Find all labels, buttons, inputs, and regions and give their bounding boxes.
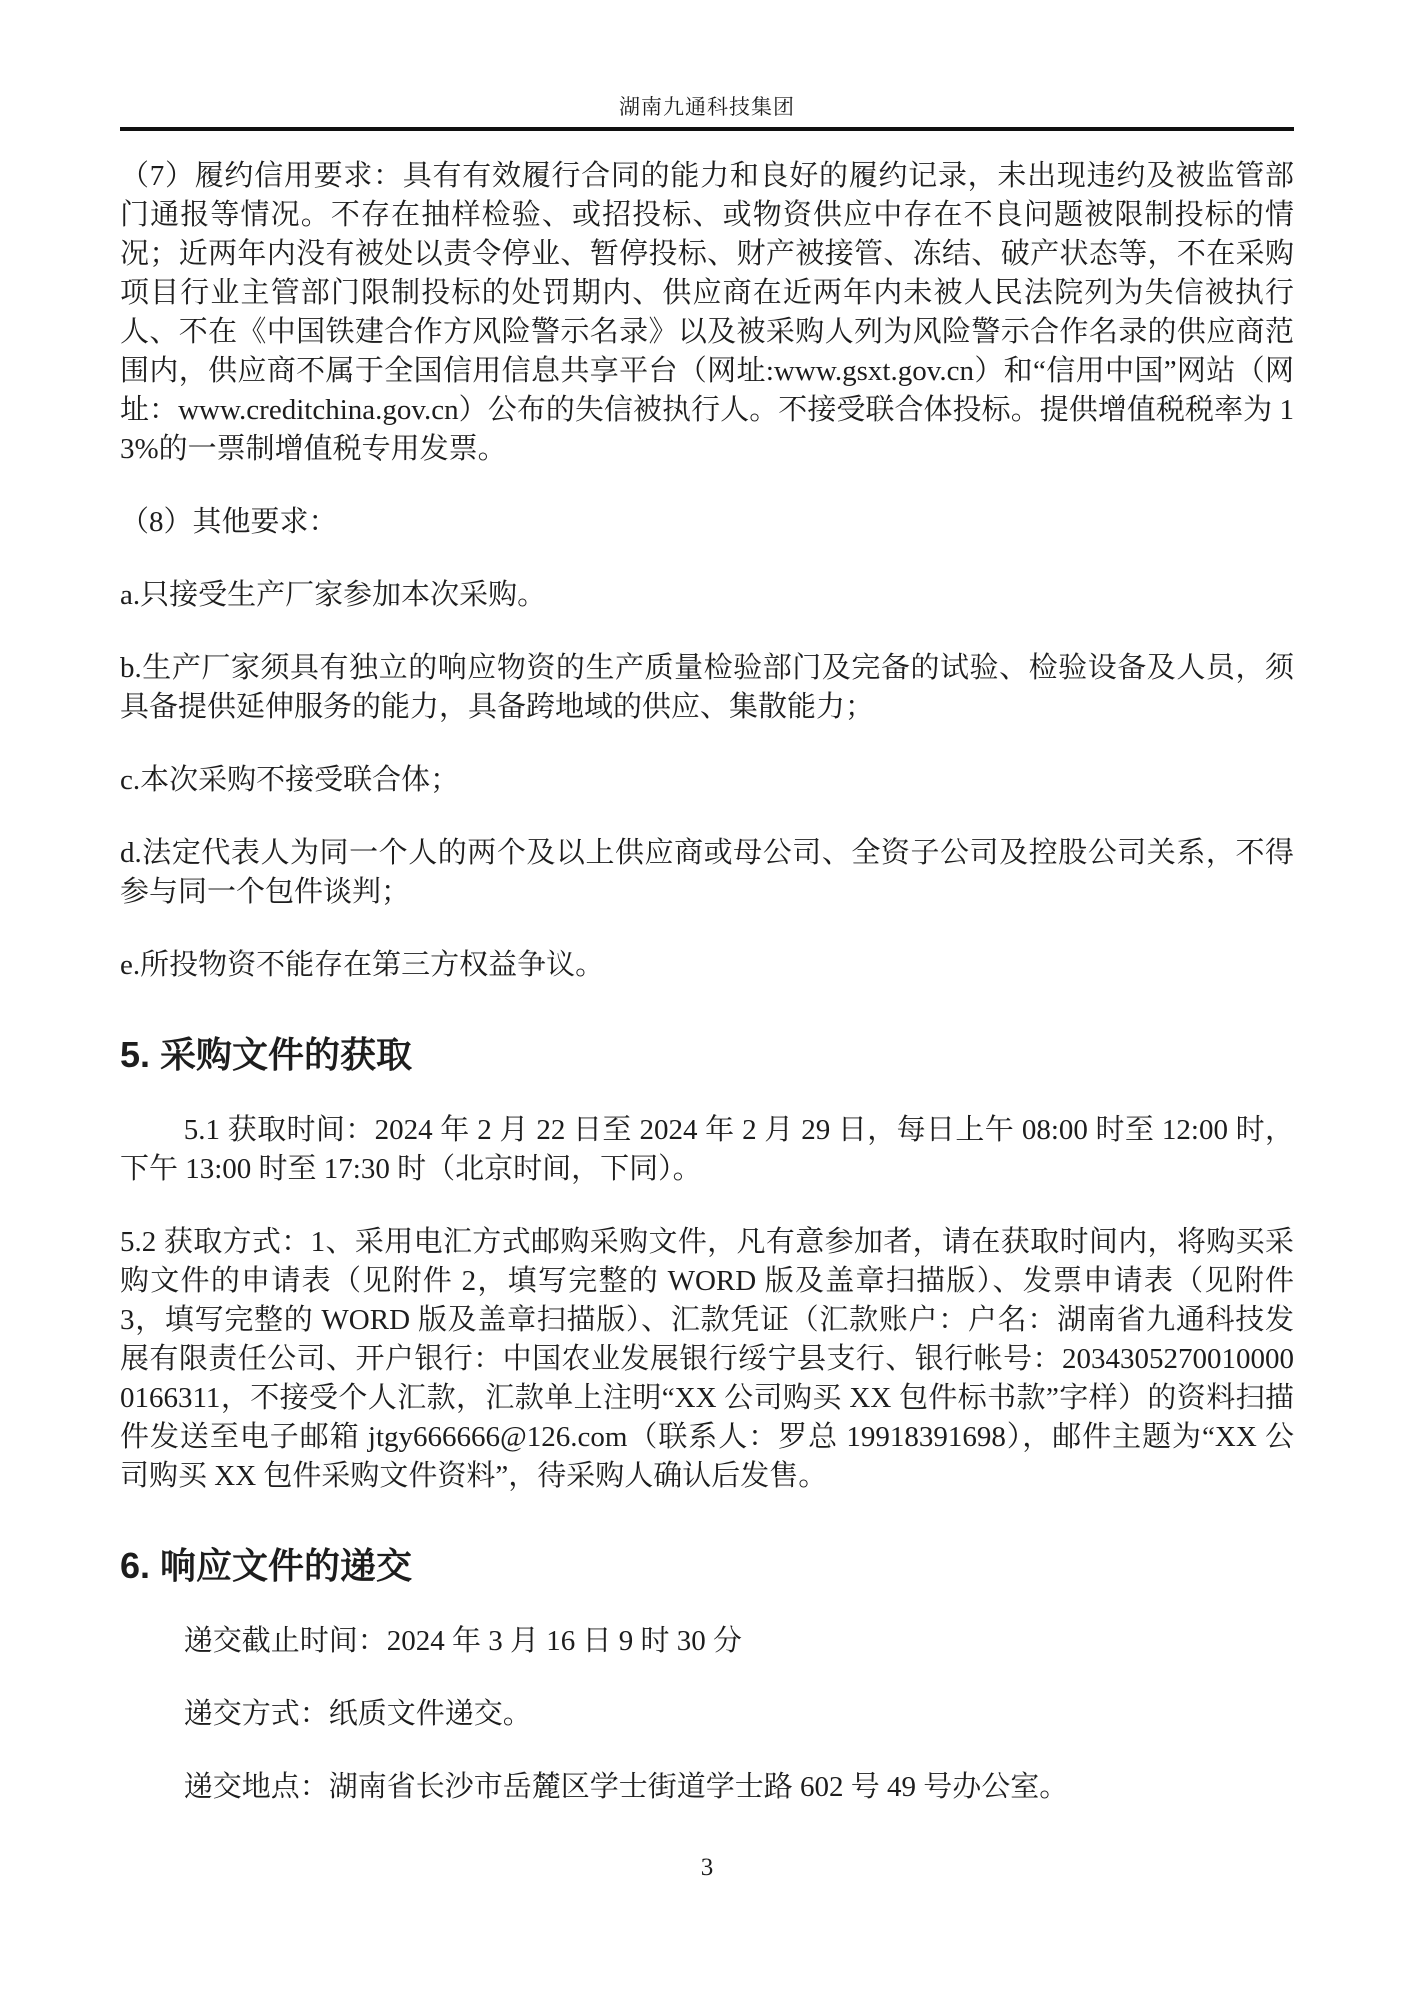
item-a: a.只接受生产厂家参加本次采购。 [120,576,1294,615]
item-d: d.法定代表人为同一个人的两个及以上供应商或母公司、全资子公司及控股公司关系，不… [120,834,1294,912]
section-5-2-acquisition-method: 5.2 获取方式：1、采用电汇方式邮购采购文件，凡有意参加者，请在获取时间内，将… [120,1223,1294,1496]
section-5-1-acquisition-time: 5.1 获取时间：2024 年 2 月 22 日至 2024 年 2 月 29 … [120,1111,1294,1189]
paragraph-8-heading: （8）其他要求： [120,503,1294,542]
section-5-heading: 5. 采购文件的获取 [120,1031,1294,1079]
page-number: 3 [0,1854,1414,1882]
paragraph-7-credit-requirements: （7）履约信用要求：具有有效履行合同的能力和良好的履约记录，未出现违约及被监管部… [120,157,1294,469]
item-b: b.生产厂家须具有独立的响应物资的生产质量检验部门及完备的试验、检验设备及人员，… [120,649,1294,727]
section-6-heading: 6. 响应文件的递交 [120,1542,1294,1590]
item-e: e.所投物资不能存在第三方权益争议。 [120,946,1294,985]
document-page: 湖南九通科技集团 （7）履约信用要求：具有有效履行合同的能力和良好的履约记录，未… [0,0,1414,2000]
submission-deadline: 递交截止时间：2024 年 3 月 16 日 9 时 30 分 [120,1622,1294,1661]
document-header-title: 湖南九通科技集团 [120,94,1294,131]
submission-method: 递交方式：纸质文件递交。 [120,1695,1294,1734]
item-c: c.本次采购不接受联合体； [120,761,1294,800]
submission-location: 递交地点：湖南省长沙市岳麓区学士街道学士路 602 号 49 号办公室。 [120,1768,1294,1807]
